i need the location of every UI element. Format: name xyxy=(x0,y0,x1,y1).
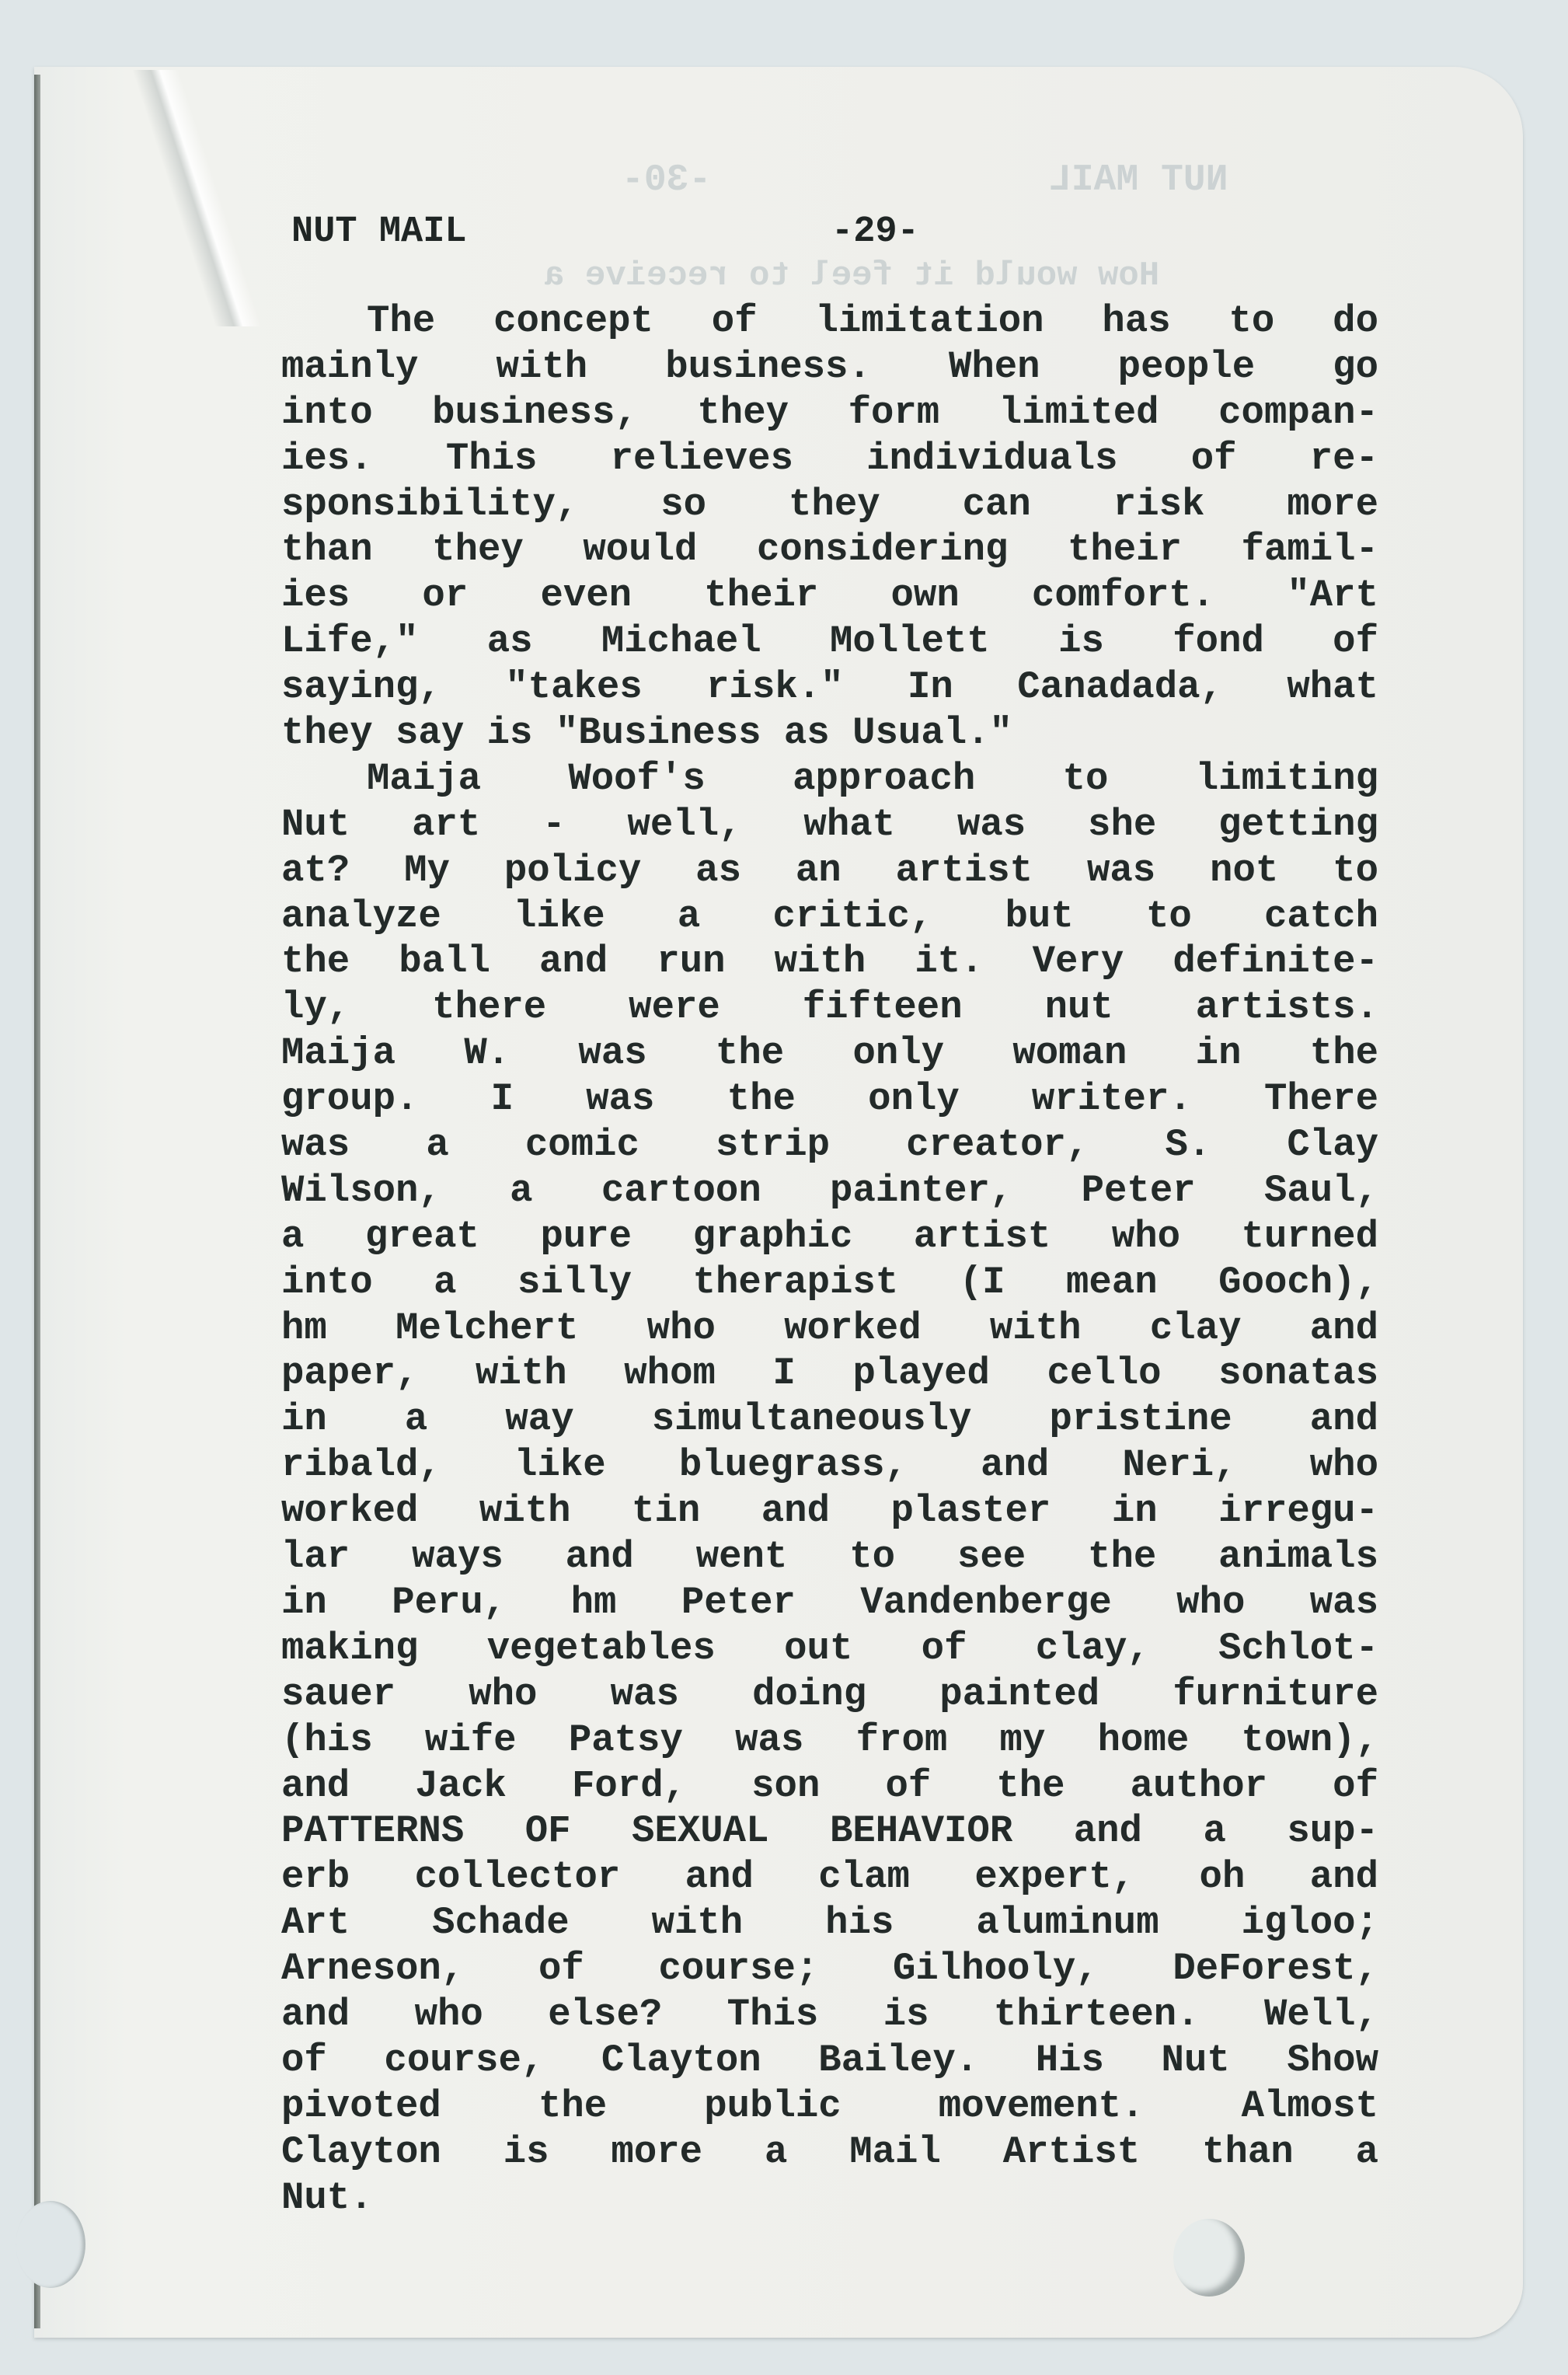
text-line: hm Melchert who worked with clay and xyxy=(281,1306,1378,1351)
text-line: ies. This relieves individuals of re- xyxy=(281,436,1378,482)
text-line: a great pure graphic artist who turned xyxy=(281,1214,1378,1260)
text-line: sauer who was doing painted furniture xyxy=(281,1672,1378,1718)
text-line: ribald, like bluegrass, and Neri, who xyxy=(281,1442,1378,1488)
body-text: The concept of limitation has to domainl… xyxy=(281,298,1378,2220)
text-line: they say is "Business as Usual." xyxy=(281,710,1378,756)
text-line: saying, "takes risk." In Canadada, what xyxy=(281,664,1378,710)
text-line: Maija Woof's approach to limiting xyxy=(281,756,1378,802)
text-line: (his wife Patsy was from my home town), xyxy=(281,1718,1378,1763)
text-line: was a comic strip creator, S. Clay xyxy=(281,1122,1378,1168)
text-line: Art Schade with his aluminum igloo; xyxy=(281,1900,1378,1946)
text-line: Nut. xyxy=(281,2175,1378,2221)
text-line: group. I was the only writer. There xyxy=(281,1076,1378,1122)
text-line: erb collector and clam expert, oh and xyxy=(281,1854,1378,1900)
punch-hole xyxy=(1173,2219,1245,2297)
text-line: PATTERNS OF SEXUAL BEHAVIOR and a sup- xyxy=(281,1808,1378,1854)
text-line: in a way simultaneously pristine and xyxy=(281,1397,1378,1442)
text-line: in Peru, hm Peter Vandenberge who was xyxy=(281,1580,1378,1626)
text-line: Nut art - well, what was she getting xyxy=(281,802,1378,848)
text-line: Arneson, of course; Gilhooly, DeForest, xyxy=(281,1946,1378,1992)
text-line: of course, Clayton Bailey. His Nut Show xyxy=(281,2038,1378,2084)
text-line: the ball and run with it. Very definite- xyxy=(281,939,1378,985)
page-left-edge-shadow xyxy=(34,75,40,2328)
text-line: and Jack Ford, son of the author of xyxy=(281,1763,1378,1809)
text-line: into business, they form limited compan- xyxy=(281,390,1378,436)
page-number: -29- xyxy=(831,211,919,253)
text-line: worked with tin and plaster in irregu- xyxy=(281,1488,1378,1534)
text-line: mainly with business. When people go xyxy=(281,344,1378,390)
text-line: Life," as Michael Mollett is fond of xyxy=(281,619,1378,664)
punch-hole-left-notch xyxy=(16,2201,85,2288)
bleed-through-page-number: -30- xyxy=(622,159,711,201)
running-header-title: NUT MAIL xyxy=(291,211,467,253)
text-line: ly, there were fifteen nut artists. xyxy=(281,985,1378,1031)
text-line: Wilson, a cartoon painter, Peter Saul, xyxy=(281,1168,1378,1214)
bleed-through-first-line: How would it feel to receive a xyxy=(544,256,1159,295)
text-line: at? My policy as an artist was not to xyxy=(281,848,1378,894)
text-line: lar ways and went to see the animals xyxy=(281,1534,1378,1580)
text-line: Clayton is more a Mail Artist than a xyxy=(281,2129,1378,2175)
text-line: ies or even their own comfort. "Art xyxy=(281,573,1378,619)
text-line: pivoted the public movement. Almost xyxy=(281,2084,1378,2129)
text-line: making vegetables out of clay, Schlot- xyxy=(281,1626,1378,1672)
text-line: sponsibility, so they can risk more xyxy=(281,482,1378,528)
text-line: and who else? This is thirteen. Well, xyxy=(281,1992,1378,2038)
text-line: analyze like a critic, but to catch xyxy=(281,894,1378,940)
text-line: The concept of limitation has to do xyxy=(281,298,1378,344)
page-header: NUT MAIL -29- xyxy=(291,211,1379,258)
text-line: Maija W. was the only woman in the xyxy=(281,1031,1378,1076)
text-line: paper, with whom I played cello sonatas xyxy=(281,1351,1378,1397)
text-line: than they would considering their famil- xyxy=(281,527,1378,573)
text-line: into a silly therapist (I mean Gooch), xyxy=(281,1260,1378,1306)
bleed-through-header: NUT MAIL xyxy=(1049,159,1228,201)
